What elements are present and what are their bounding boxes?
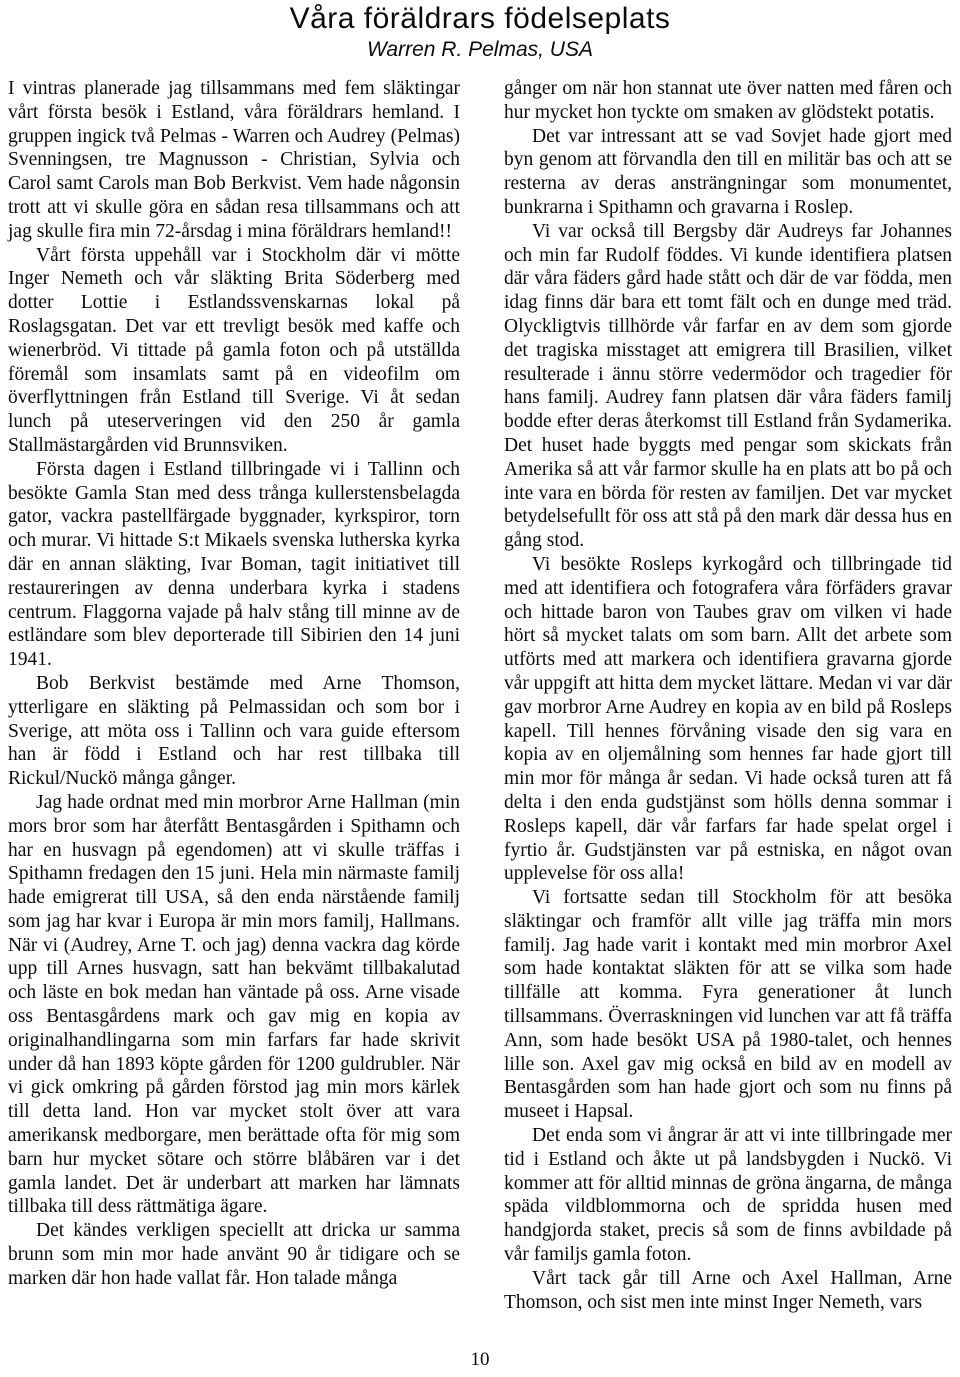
paragraph: Vi fortsatte sedan till Stockholm för at… — [504, 886, 952, 1124]
paragraph: Vi besökte Rosleps kyrkogård och tillbri… — [504, 553, 952, 886]
page-number: 10 — [0, 1349, 960, 1371]
paragraph: Bob Berkvist bestämde med Arne Thomson, … — [8, 672, 460, 791]
paragraph: Vårt första uppehåll var i Stockholm där… — [8, 244, 460, 458]
text-columns: I vintras planerade jag tillsammans med … — [8, 77, 952, 1314]
paragraph: I vintras planerade jag tillsammans med … — [8, 77, 460, 244]
paragraph: gånger om när hon stannat ute över natte… — [504, 77, 952, 125]
left-column: I vintras planerade jag tillsammans med … — [8, 77, 460, 1314]
paragraph: Det var intressant att se vad Sovjet had… — [504, 125, 952, 220]
paragraph: Det enda som vi ångrar är att vi inte ti… — [504, 1124, 952, 1267]
document-page: Våra föräldrars födelseplats Warren R. P… — [0, 0, 960, 1377]
paragraph: Jag hade ordnat med min morbror Arne Hal… — [8, 791, 460, 1219]
page-header: Våra föräldrars födelseplats Warren R. P… — [0, 0, 960, 62]
article-byline: Warren R. Pelmas, USA — [0, 37, 960, 62]
paragraph: Vi var också till Bergsby där Audreys fa… — [504, 220, 952, 553]
paragraph: Första dagen i Estland tillbringade vi i… — [8, 458, 460, 672]
paragraph: Vårt tack går till Arne och Axel Hallman… — [504, 1267, 952, 1315]
right-column: gånger om när hon stannat ute över natte… — [504, 77, 952, 1314]
article-title: Våra föräldrars födelseplats — [0, 2, 960, 36]
paragraph: Det kändes verkligen speciellt att drick… — [8, 1219, 460, 1290]
